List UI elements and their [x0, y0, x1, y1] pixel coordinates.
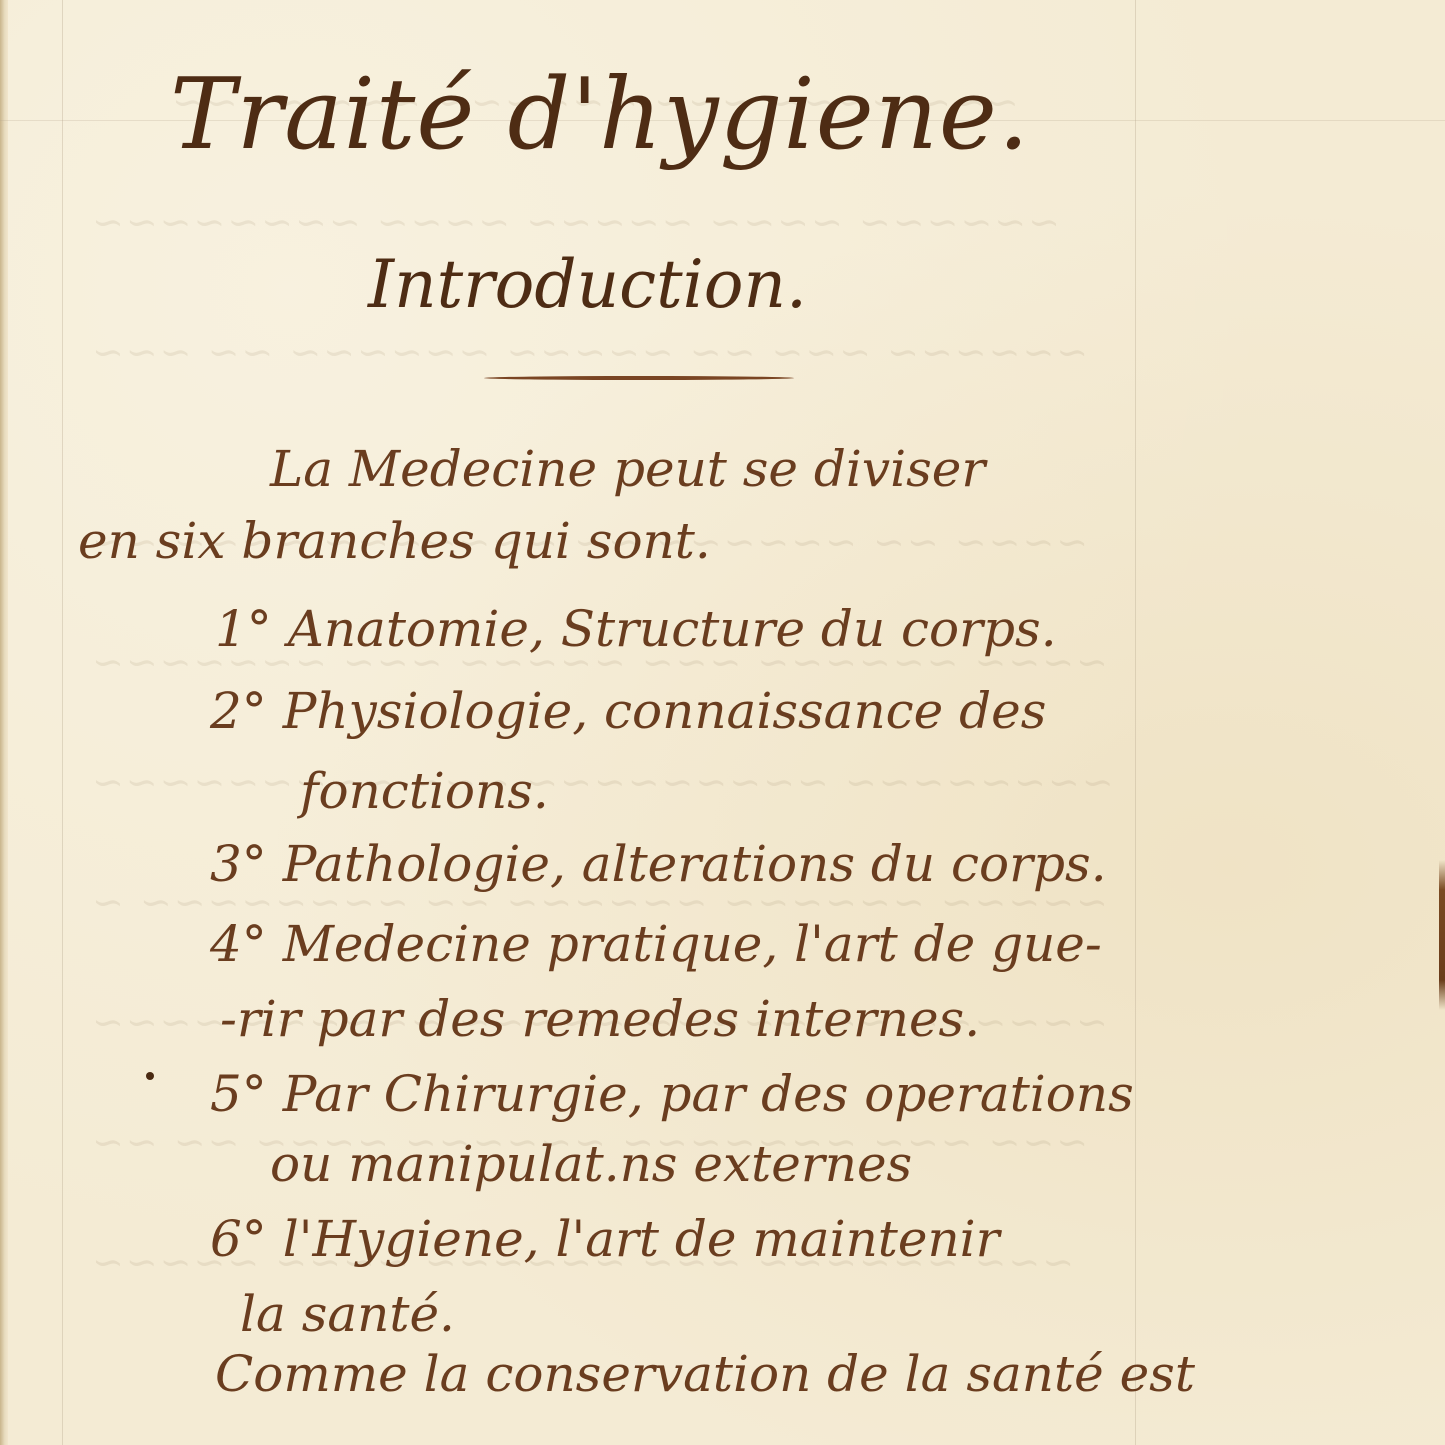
list-item: 5° Par Chirurgie, par des operations — [210, 1065, 1134, 1123]
list-item: 3° Pathologie, alterations du corps. — [210, 835, 1107, 893]
list-item: 6° l'Hygiene, l'art de maintenir — [210, 1210, 1000, 1268]
list-item-continuation: -rir par des remedes internes. — [220, 990, 980, 1048]
text-line: en six branches qui sont. — [78, 512, 711, 570]
text-line: La Medecine peut se diviser — [270, 440, 985, 498]
page-edge-stain — [1439, 860, 1445, 1010]
page-title: Traité d'hygiene. — [170, 58, 1030, 172]
margin-rule-left — [62, 0, 63, 1445]
binding-edge — [0, 0, 8, 1445]
bleed-through-text: ~~~~~~ ~~~ ~~ ~~~~~ ~~~~~~ ~~ ~~~ — [90, 330, 1088, 374]
heading-divider — [484, 376, 794, 380]
section-heading: Introduction. — [368, 246, 807, 323]
list-item: 1° Anatomie, Structure du corps. — [215, 600, 1057, 658]
ink-blot — [146, 1072, 154, 1080]
manuscript-page: ~~~ ~~~~ ~~~ ~~~~~~ ~~~ ~~~~ ~~~~~~ ~~~~… — [0, 0, 1445, 1445]
text-line: Comme la conservation de la santé est — [215, 1345, 1195, 1403]
list-item: 2° Physiologie, connaissance des — [210, 682, 1046, 740]
bleed-through-text: ~~~~~~ ~~~~ ~~~~~ ~~~~ ~~~~~~~~ — [90, 200, 1060, 244]
list-item: 4° Medecine pratique, l'art de gue- — [210, 915, 1102, 973]
list-item-continuation: fonctions. — [300, 762, 549, 820]
list-item-continuation: la santé. — [240, 1285, 455, 1343]
margin-rule-right — [1135, 0, 1136, 1445]
list-item-continuation: ou manipulat.ns externes — [270, 1135, 912, 1193]
bleed-through-text: ~~~~~~~~ ~~~~~~~~~ ~~~ ~~~~~~~~~ — [90, 760, 1114, 804]
